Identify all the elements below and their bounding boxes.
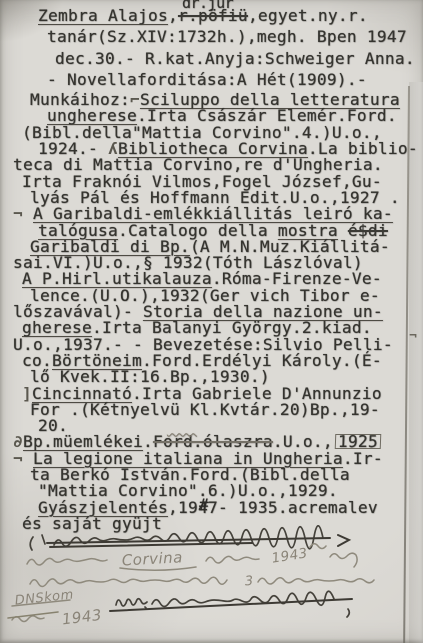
typed-segment: - Novellaforditása:A Hét(1909).- bbox=[47, 70, 367, 89]
typed-segment: Zembra Alajos bbox=[38, 6, 168, 25]
typed-text: Zembra Alajos,r.pöfiüdr.jur,egyet.ny.r.t… bbox=[0, 8, 423, 532]
typed-segment: tanár(Sz.XIV:1732h.),megh. Bpen 1947 bbox=[47, 27, 407, 46]
typed-segment: r.pöfiüdr.jur bbox=[178, 6, 248, 25]
pencil-strike-word bbox=[8, 612, 58, 618]
typed-segment: 1925 bbox=[335, 434, 382, 449]
pencil-scribble-line-2 bbox=[30, 577, 374, 586]
typed-segment: 7- 1935.acremalev bbox=[208, 498, 378, 517]
typed-line: tanár(Sz.XIV:1732h.),megh. Bpen 1947 bbox=[0, 29, 423, 45]
handwritten-year-corner: 1943 bbox=[61, 606, 103, 629]
typed-line: - Novellaforditása:A Hét(1909).- bbox=[0, 72, 423, 88]
typed-line: dec.30.- R.kat.Anyja:Schweiger Anna. bbox=[0, 51, 423, 67]
handwritten-word-corvina: Corvina bbox=[121, 548, 183, 569]
scanned-catalog-card-page: { "card": { "margin_tick": "¬", "lines":… bbox=[0, 0, 423, 643]
handwritten-annotations: Corvina 1943 3 DNSkom 1943 bbox=[0, 525, 423, 643]
typed-segment: Ford.ólaszra bbox=[153, 432, 273, 451]
typed-segment: ,egyet.ny.r. bbox=[248, 6, 368, 25]
typed-segment: ,19 bbox=[168, 498, 198, 517]
overstrike-char: # bbox=[199, 497, 209, 513]
typed-segment: 4# bbox=[198, 498, 208, 517]
pencil-margin-tick: ¬ bbox=[409, 329, 417, 344]
typed-insertion: dr.jur bbox=[182, 0, 233, 11]
catalog-card-paper: Zembra Alajos,r.pöfiüdr.jur,egyet.ny.r.t… bbox=[0, 0, 423, 643]
typed-segment: dec.30.- R.kat.Anyja:Schweiger Anna. bbox=[55, 49, 415, 68]
handwritten-number-3: 3 bbox=[244, 574, 254, 590]
handwritten-year-1943: 1943 bbox=[271, 545, 309, 566]
typed-segment: For .(Kétnyelvü Kl.Kvtár.20)Bp.,19- bbox=[30, 400, 380, 419]
typed-segment: , bbox=[168, 6, 178, 25]
typed-line: Zembra Alajos,r.pöfiüdr.jur,egyet.ny.r. bbox=[0, 8, 423, 24]
pencil-mark: ¬ bbox=[13, 204, 33, 223]
pencil-scribble bbox=[167, 419, 197, 435]
